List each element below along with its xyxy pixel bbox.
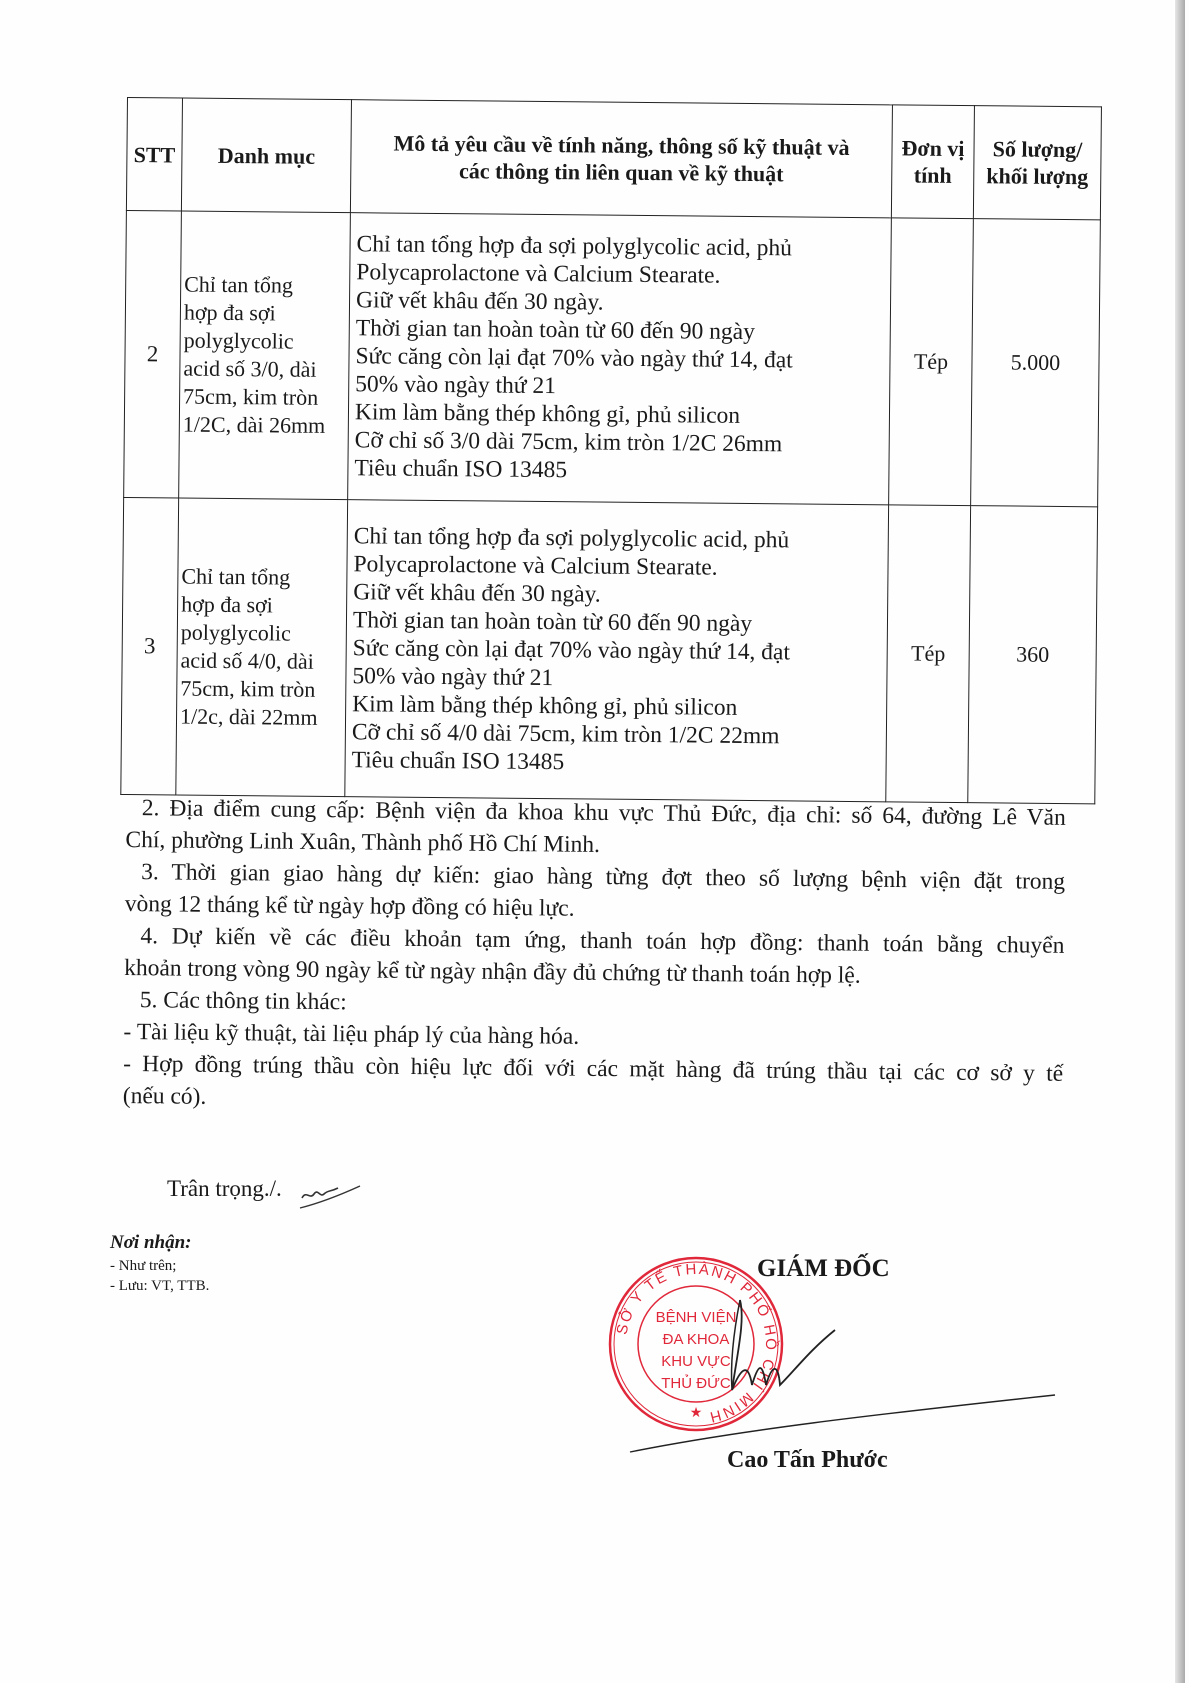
- scan-edge: [1175, 0, 1185, 1683]
- header-description: Mô tả yêu cầu về tính năng, thông số kỹ …: [350, 100, 892, 218]
- cell-name: Chỉ tan tổng hợp đa sợi polyglycolic aci…: [176, 498, 348, 797]
- cell-unit: Tép: [889, 218, 974, 506]
- signatory-name: Cao Tấn Phước: [727, 1447, 888, 1474]
- table-header-row: STT Danh mục Mô tả yêu cầu về tính năng,…: [126, 98, 1101, 220]
- header-stt: STT: [126, 98, 182, 212]
- table-row: 2 Chỉ tan tổng hợp đa sợi polyglycolic a…: [124, 210, 1101, 506]
- terms-section: 2. Địa điểm cung cấp: Bệnh viện đa khoa …: [123, 792, 1066, 1122]
- document-page: STT Danh mục Mô tả yêu cầu về tính năng,…: [0, 0, 1175, 1683]
- table-row: 3 Chỉ tan tổng hợp đa sợi polyglycolic a…: [121, 497, 1098, 803]
- recipients-title: Nơi nhận:: [110, 1232, 209, 1254]
- header-unit: Đơn vị tính: [891, 105, 974, 219]
- cell-stt: 3: [121, 497, 179, 795]
- recipients-block: Nơi nhận: - Như trên; - Lưu: VT, TTB.: [110, 1232, 209, 1296]
- recipient-item: - Như trên;: [110, 1256, 209, 1276]
- cell-description: Chỉ tan tổng hợp đa sợi polyglycolic aci…: [348, 213, 892, 505]
- cell-quantity: 5.000: [971, 219, 1101, 507]
- handwritten-signature-icon: [620, 1240, 1060, 1460]
- specification-table: STT Danh mục Mô tả yêu cầu về tính năng,…: [120, 97, 1102, 804]
- cell-stt: 2: [124, 210, 182, 498]
- header-name: Danh mục: [181, 98, 351, 213]
- closing-text: Trân trọng./.: [167, 1176, 282, 1202]
- initials-mark-icon: [298, 1176, 368, 1212]
- cell-name: Chỉ tan tổng hợp đa sợi polyglycolic aci…: [179, 211, 351, 500]
- cell-description: Chỉ tan tổng hợp đa sợi polyglycolic aci…: [345, 500, 889, 802]
- cell-quantity: 360: [968, 506, 1098, 804]
- header-quantity: Số lượng/ khối lượng: [973, 106, 1101, 220]
- cell-unit: Tép: [886, 505, 971, 803]
- recipient-item: - Lưu: VT, TTB.: [110, 1276, 209, 1296]
